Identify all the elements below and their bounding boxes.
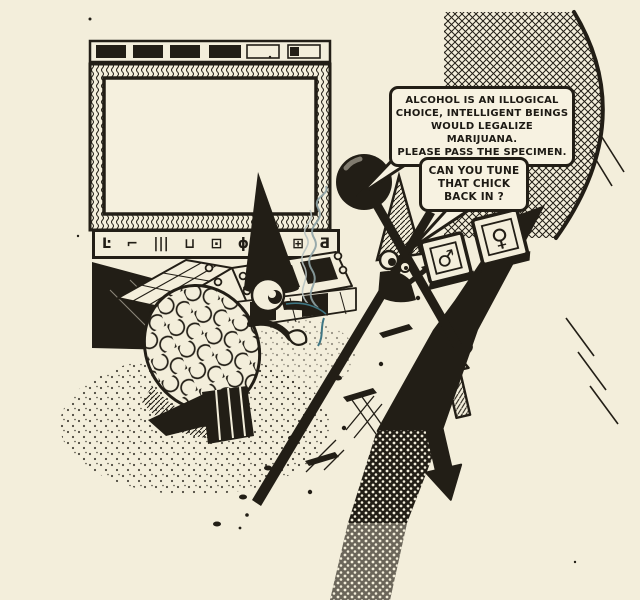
alien-glyph: Ŀ xyxy=(102,237,111,251)
viewscreen-wall xyxy=(90,41,330,230)
indicator-light xyxy=(290,47,299,56)
beak xyxy=(282,301,328,316)
arm xyxy=(250,323,290,338)
male-symbol-button: ♂ xyxy=(417,232,476,290)
dust-speckles xyxy=(245,320,355,390)
console-glyph-strip: Ŀ ⌐ ||| ⊔ ⊡ ɸ ☮ ⊞ Ƌ xyxy=(92,229,340,259)
hull-hatching xyxy=(444,12,624,424)
ramp xyxy=(213,205,545,600)
lever-ball xyxy=(336,154,392,210)
console-screen xyxy=(252,265,300,294)
male-symbol-glyph: ♂ xyxy=(434,245,458,273)
alien-glyph: Ƌ xyxy=(319,237,330,251)
scaly-shell xyxy=(124,266,281,430)
gnome-alien xyxy=(124,172,328,444)
cartoon-illustration: Ŀ ⌐ ||| ⊔ ⊡ ɸ ☮ ⊞ Ƌ xyxy=(0,0,640,600)
indicator-segment xyxy=(247,45,279,58)
alien-glyph: ⌐ xyxy=(126,237,138,251)
ramp-steps xyxy=(305,258,455,466)
console-desk xyxy=(118,252,356,340)
sketch-scribble xyxy=(306,394,384,472)
bubble-line: ALCOHOL IS AN ILLOGICAL xyxy=(394,94,570,107)
indicator-segment xyxy=(170,45,200,58)
tail-fin xyxy=(148,392,214,436)
keypad-grid xyxy=(133,263,217,305)
blue-dribble xyxy=(318,318,324,346)
alien-glyph: ⊔ xyxy=(184,237,195,251)
walkway-dots xyxy=(239,236,455,530)
lever-rod xyxy=(374,200,460,350)
viewscreen xyxy=(104,78,316,214)
alien-glyph: ⊞ xyxy=(292,237,304,251)
screen-bezel xyxy=(90,64,330,230)
console-screen xyxy=(300,257,338,284)
dust-speckles xyxy=(60,355,330,495)
indicator-segment xyxy=(133,45,163,58)
alien-glyph: ⊡ xyxy=(211,237,223,251)
tail-fan xyxy=(202,386,254,444)
pointy-hat xyxy=(377,176,421,260)
bubble-line: THAT CHICK xyxy=(424,178,524,191)
speech-bubble-copilot: CAN YOU TUNE THAT CHICK BACK IN ? xyxy=(419,157,529,212)
indicator-segment xyxy=(209,45,241,58)
bubble-line: CAN YOU TUNE xyxy=(424,165,524,178)
body xyxy=(378,271,416,302)
female-symbol-button: ♀ xyxy=(468,208,532,272)
alien-glyph: ɸ xyxy=(238,237,249,251)
eye xyxy=(400,262,410,272)
console-floor xyxy=(92,262,258,352)
peace-symbol-glyph: ☮ xyxy=(264,237,277,251)
indicator-segment xyxy=(288,45,320,58)
eye xyxy=(252,279,284,311)
sketch-lines xyxy=(566,134,624,424)
claw xyxy=(288,330,306,345)
female-symbol-glyph: ♀ xyxy=(488,222,512,253)
alien-glyph: ||| xyxy=(153,237,168,251)
indicator-segment xyxy=(96,45,126,58)
indicator-bar xyxy=(90,41,330,62)
down-arrow-icon xyxy=(417,426,468,504)
bubble-line: CHOICE, INTELLIGENT BEINGS xyxy=(394,107,570,120)
arm xyxy=(410,264,433,282)
eye xyxy=(380,251,398,269)
pebbles xyxy=(213,376,342,527)
bubble-line: BACK IN ? xyxy=(424,191,524,204)
ramp-dark-band xyxy=(330,205,545,600)
up-arrow-icon xyxy=(430,337,479,420)
bubble-line: WOULD LEGALIZE MARIJUANA. xyxy=(394,120,570,146)
speech-bubble-pilot: ALCOHOL IS AN ILLOGICAL CHOICE, INTELLIG… xyxy=(389,86,575,167)
